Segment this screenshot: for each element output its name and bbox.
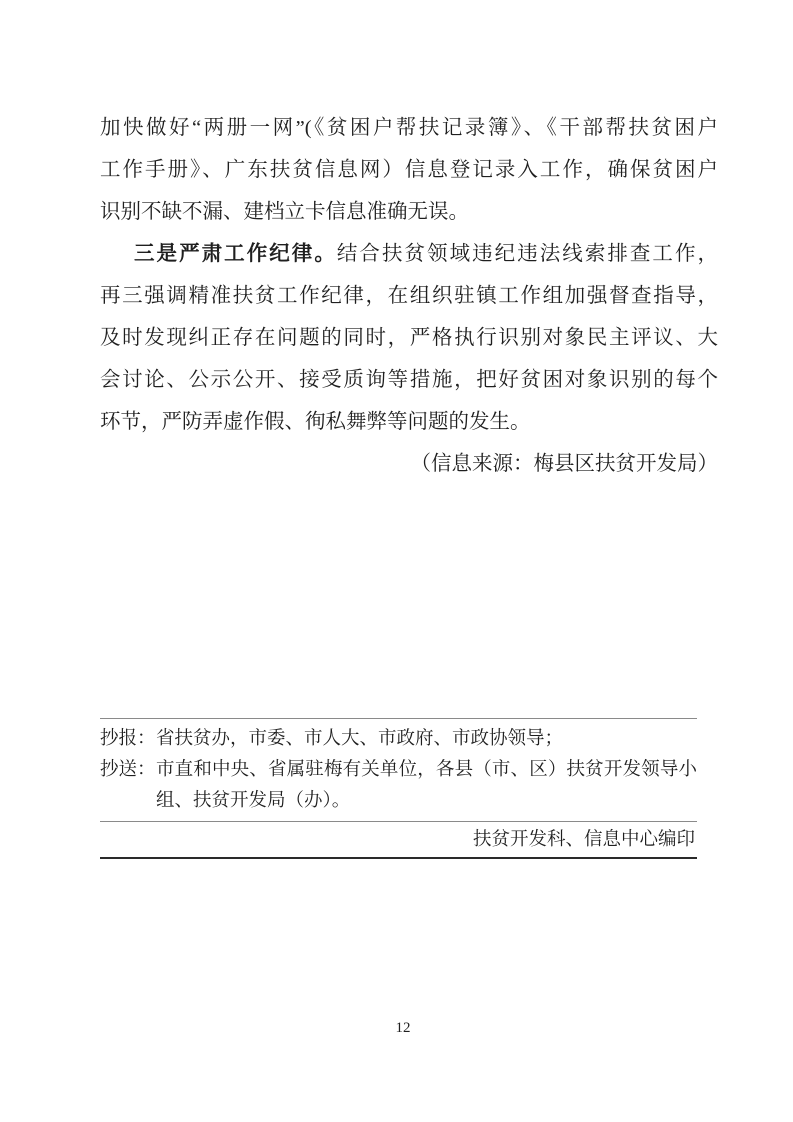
source-attribution: （信息来源：梅县区扶贫开发局） [100,443,718,485]
cc-send-label: 抄送： [100,755,156,817]
cc-report-content: 省扶贫办，市委、市人大、市政府、市政协领导； [156,724,697,755]
paragraph-line: 三是严肃工作纪律。结合扶贫领域违纪违法线索排查工作， [100,233,718,275]
cc-send-content: 市直和中央、省属驻梅有关单位，各县（市、区）扶贫开发领导小组、扶贫开发局（办）。 [156,755,697,817]
paragraph-line: 及时发现纠正存在问题的同时，严格执行识别对象民主评议、大 [100,317,718,359]
paragraph-line: 会讨论、公示公开、接受质询等措施，把好贫困对象识别的每个 [100,359,718,401]
imprint-line: 扶贫开发科、信息中心编印 [100,822,697,859]
paragraph-line: 识别不缺不漏、建档立卡信息准确无误。 [100,191,718,233]
body-paragraph-2: 三是严肃工作纪律。结合扶贫领域违纪违法线索排查工作， 再三强调精准扶贫工作纪律，… [100,233,718,443]
cc-report-label: 抄报： [100,724,156,755]
cc-send-row: 抄送： 市直和中央、省属驻梅有关单位，各县（市、区）扶贫开发领导小组、扶贫开发局… [100,755,697,817]
paragraph-line: 环节，严防弄虚作假、徇私舞弊等问题的发生。 [100,401,718,443]
page-number: 12 [0,1020,793,1037]
cc-block: 抄报： 省扶贫办，市委、市人大、市政府、市政协领导； 抄送： 市直和中央、省属驻… [100,718,697,822]
document-body: 加快做好“两册一网”(《贫困户帮扶记录簿》、《干部帮扶贫困户 工作手册》、广东扶… [100,107,718,485]
body-paragraph-1: 加快做好“两册一网”(《贫困户帮扶记录簿》、《干部帮扶贫困户 工作手册》、广东扶… [100,107,718,233]
paragraph-lead-bold: 三是严肃工作纪律。 [134,243,337,265]
document-page: 加快做好“两册一网”(《贫困户帮扶记录簿》、《干部帮扶贫困户 工作手册》、广东扶… [0,0,793,1122]
document-footer: 抄报： 省扶贫办，市委、市人大、市政府、市政协领导； 抄送： 市直和中央、省属驻… [100,718,697,859]
paragraph-line: 工作手册》、广东扶贫信息网）信息登记录入工作，确保贫困户 [100,149,718,191]
paragraph-line: 加快做好“两册一网”(《贫困户帮扶记录簿》、《干部帮扶贫困户 [100,107,718,149]
paragraph-line: 再三强调精准扶贫工作纪律，在组织驻镇工作组加强督查指导， [100,275,718,317]
paragraph-lead-rest: 结合扶贫领域违纪违法线索排查工作， [337,243,718,265]
cc-report-row: 抄报： 省扶贫办，市委、市人大、市政府、市政协领导； [100,724,697,755]
